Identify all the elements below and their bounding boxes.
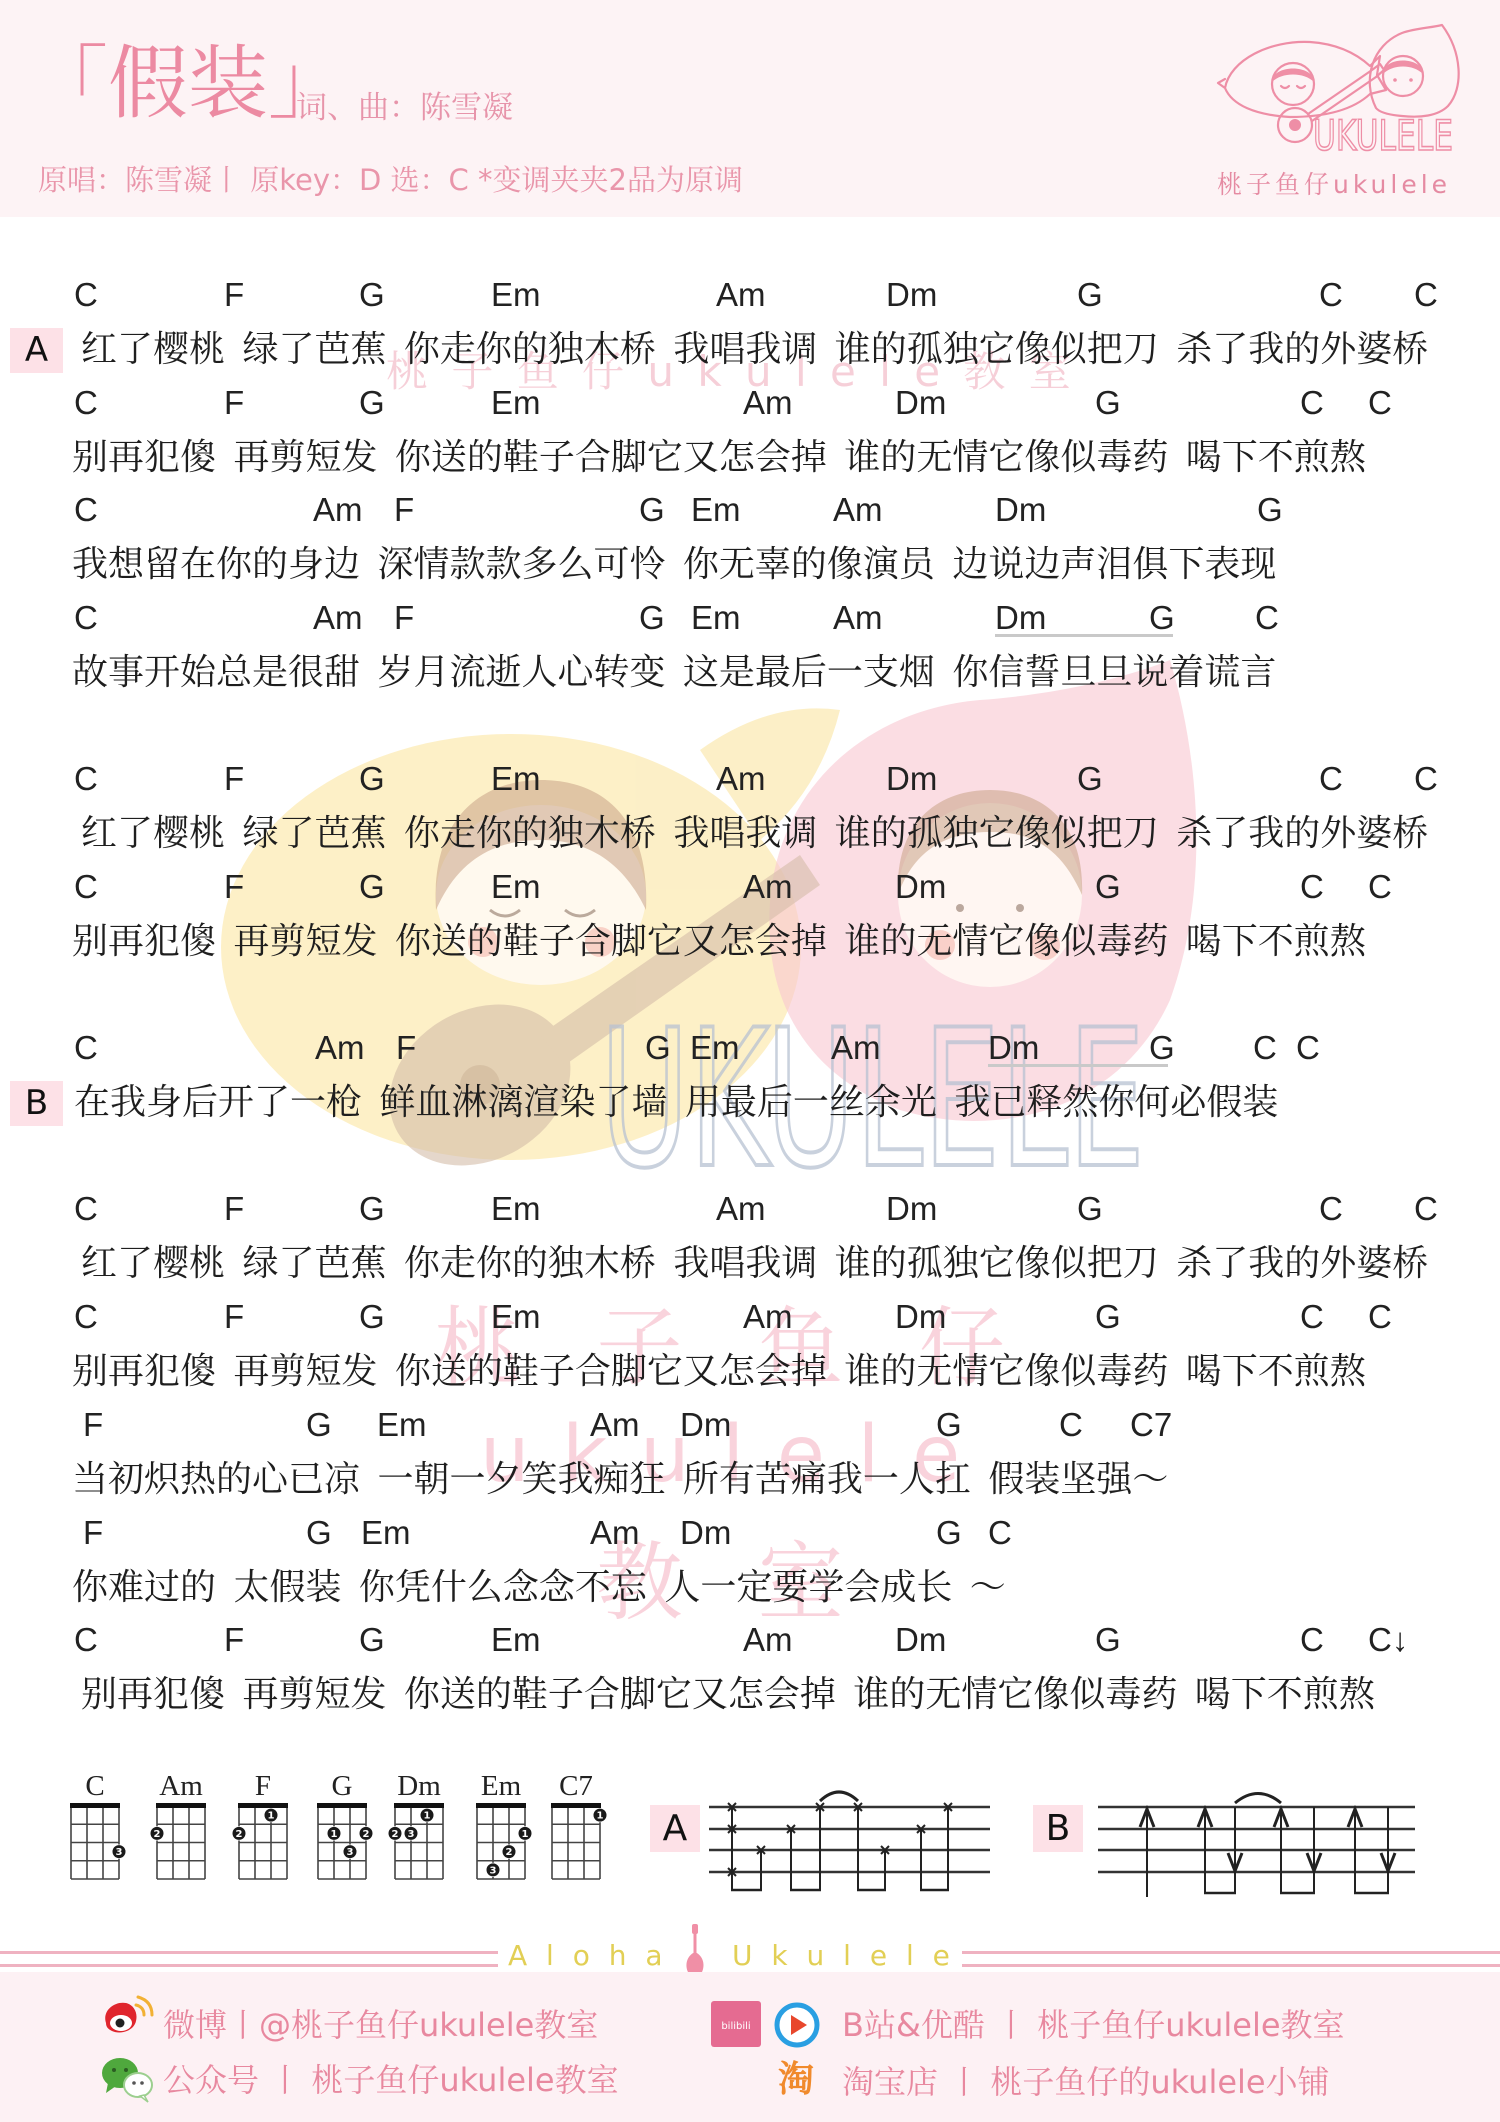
fretboard-grid: 123: [310, 1802, 374, 1886]
lyric-line: 我想留在你的身边 深情款款多么可怜 你无辜的像演员 边说边声泪俱下表现: [72, 543, 1276, 587]
chord-symbol: Dm: [995, 490, 1046, 530]
chord-symbol: Dm: [895, 1297, 946, 1337]
chord-symbol: Am: [716, 275, 766, 315]
chord-symbol: G: [359, 1620, 385, 1660]
finger-number: 1: [268, 1811, 275, 1822]
chord-symbol: C: [1300, 867, 1324, 907]
finger-number: 2: [392, 1829, 399, 1840]
chord-symbol: C: [74, 490, 98, 530]
nut: [476, 1803, 526, 1808]
lyric-line: 你难过的 太假装 你凭什么念念不忘 人一定要学会成长 ～: [72, 1566, 1006, 1610]
nut: [317, 1803, 367, 1808]
divider-line: [0, 1964, 498, 1967]
chord-symbol: C: [1368, 383, 1392, 423]
chord-symbol: F: [224, 759, 244, 799]
chord-symbol: Am: [833, 490, 883, 530]
chord-symbol: C↓: [1368, 1620, 1408, 1660]
brand-logo: UKULELE 桃子鱼仔ukulele: [1180, 0, 1500, 220]
strum-pattern-label: B: [1033, 1805, 1083, 1852]
divider-line: [0, 1951, 498, 1954]
aloha-banner-right: U k u l e l e: [732, 1936, 955, 1976]
chord-symbol: G: [1077, 759, 1103, 799]
chord-diagram-name: C7: [531, 1768, 621, 1804]
chord-symbol: Em: [690, 1028, 740, 1068]
chord-symbol: C: [1253, 1028, 1277, 1068]
bilibili-icon: bilibili: [711, 2001, 761, 2047]
finger-number: 3: [347, 1847, 354, 1858]
chord-symbol: Am: [831, 1028, 881, 1068]
chord-symbol: G: [359, 867, 385, 907]
chord-symbol: F: [83, 1405, 103, 1445]
chord-symbol: Em: [691, 490, 741, 530]
finger-number: 2: [363, 1829, 370, 1840]
chord-diagram-em: Em123: [469, 1768, 533, 1888]
lyric-line: 别再犯傻 再剪短发 你送的鞋子合脚它又怎会掉 谁的无情它像似毒药 喝下不煎熬: [72, 436, 1366, 480]
chord-symbol: Dm: [886, 759, 937, 799]
nut: [156, 1803, 206, 1808]
chord-symbol: C: [1300, 383, 1324, 423]
chord-symbol: F: [83, 1513, 103, 1553]
section-label: A: [10, 328, 63, 373]
chord-symbol: C: [74, 759, 98, 799]
chord-symbol: G: [1077, 275, 1103, 315]
chord-symbol: G: [359, 1297, 385, 1337]
chord-diagram-name: F: [218, 1768, 308, 1804]
chord-symbol: Em: [491, 383, 541, 423]
chord-symbol: G: [359, 383, 385, 423]
chord-symbol: C: [1414, 1189, 1438, 1229]
chord-symbol: C: [74, 1620, 98, 1660]
finger-number: 3: [116, 1847, 123, 1858]
strum-pattern: [1090, 1785, 1420, 1900]
chord-symbol: Dm: [895, 383, 946, 423]
chord-symbol: F: [224, 275, 244, 315]
chord-symbol: Em: [361, 1513, 411, 1553]
chord-row: CAmFGEmAmDmGC: [0, 598, 1500, 638]
chord-symbol: G: [645, 1028, 671, 1068]
closed-eyes-icon: [1281, 86, 1305, 88]
tie-arc: [1235, 1794, 1281, 1804]
chord-symbol: C: [74, 1189, 98, 1229]
chord-symbol: F: [394, 490, 414, 530]
chord-row: CFGEmAmDmGCC↓: [0, 1620, 1500, 1660]
chord-symbol: C: [1319, 759, 1343, 799]
bilibili-youku-link-text: B站&优酷 丨 桃子鱼仔ukulele教室: [842, 2005, 1345, 2045]
chord-symbol: Am: [313, 598, 363, 638]
chord-symbol: C: [74, 1297, 98, 1337]
chord-symbol: Dm: [680, 1405, 731, 1445]
youku-icon: [774, 2002, 820, 2048]
chord-symbol: G: [1149, 1028, 1175, 1068]
chord-symbol: Am: [743, 867, 793, 907]
chord-diagram-c: C3: [63, 1768, 127, 1888]
chord-diagram-name: Am: [136, 1768, 226, 1804]
chord-symbol: C: [74, 275, 98, 315]
chord-symbol: G: [1149, 598, 1175, 638]
logo-wordmark: UKULELE: [1313, 111, 1453, 160]
finger-number: 1: [424, 1811, 431, 1822]
chord-symbol: Dm: [680, 1513, 731, 1553]
finger-number: 3: [408, 1829, 415, 1840]
chord-symbol: G: [936, 1405, 962, 1445]
taobao-icon: 淘: [778, 2058, 814, 2102]
chord-symbol: Em: [691, 598, 741, 638]
chord-symbol: Em: [491, 1189, 541, 1229]
chord-symbol: Dm: [895, 867, 946, 907]
chord-symbol: G: [1095, 383, 1121, 423]
nut: [238, 1803, 288, 1808]
wechat-link-text: 公众号 丨 桃子鱼仔ukulele教室: [163, 2060, 619, 2100]
chord-symbol: Am: [590, 1405, 640, 1445]
chord-symbol: Am: [315, 1028, 365, 1068]
fretboard-grid: 12: [231, 1802, 295, 1886]
chord-symbol: Em: [491, 275, 541, 315]
boy-eye-icon: [1409, 78, 1413, 82]
chord-symbol: Am: [833, 598, 883, 638]
chord-row: CFGEmAmDmGCC: [0, 867, 1500, 907]
fretboard-grid: 123: [387, 1802, 451, 1886]
nut: [551, 1803, 601, 1808]
tie-arc: [820, 1792, 858, 1801]
lyric-line: 红了樱桃 绿了芭蕉 你走你的独木桥 我唱我调 谁的孤独它像似把刀 杀了我的外婆桥: [81, 328, 1428, 372]
logo-caption: 桃子鱼仔ukulele: [1217, 170, 1451, 199]
chord-symbol: F: [396, 1028, 416, 1068]
chord-symbol: C: [1368, 1297, 1392, 1337]
boy-eye-icon: [1393, 78, 1397, 82]
chord-symbol: Am: [590, 1513, 640, 1553]
chord-symbol: Dm: [895, 1620, 946, 1660]
divider-line: [962, 1951, 1500, 1954]
chord-group-underline: [988, 1064, 1168, 1067]
chord-diagram-name: C: [50, 1768, 140, 1804]
chord-symbol: F: [394, 598, 414, 638]
chord-diagram-f: F12: [231, 1768, 295, 1888]
chord-symbol: Em: [491, 867, 541, 907]
chord-symbol: G: [359, 1189, 385, 1229]
song-credits: 词、曲：陈雪凝: [296, 88, 513, 128]
lyric-line: 当初炽热的心已凉 一朝一夕笑我痴狂 所有苦痛我一人扛 假装坚强～: [72, 1458, 1168, 1502]
chord-diagram-g: G123: [310, 1768, 374, 1888]
chord-symbol: Am: [743, 1297, 793, 1337]
chord-diagram-am: Am2: [149, 1768, 213, 1888]
fretboard-grid: 3: [63, 1802, 127, 1886]
chord-row: FGEmAmDmGCC7: [0, 1405, 1500, 1445]
chord-symbol: C: [1319, 275, 1343, 315]
chord-row: CFGEmAmDmGCC: [0, 383, 1500, 423]
chord-row: CFGEmAmDmGCC: [0, 1189, 1500, 1229]
chord-symbol: G: [639, 490, 665, 530]
chord-symbol: C: [1296, 1028, 1320, 1068]
chord-symbol: C: [1300, 1620, 1324, 1660]
sound-hole-icon: [1289, 119, 1301, 131]
chord-symbol: G: [936, 1513, 962, 1553]
fretboard-grid: 1: [544, 1802, 608, 1886]
lyric-line: 故事开始总是很甜 岁月流逝人心转变 这是最后一支烟 你信誓旦旦说着谎言: [72, 651, 1276, 695]
chord-symbol: Dm: [886, 1189, 937, 1229]
chord-symbol: Em: [491, 1297, 541, 1337]
chord-symbol: Am: [313, 490, 363, 530]
chord-diagram-c7: C71: [544, 1768, 608, 1888]
chord-symbol: C: [1414, 759, 1438, 799]
chord-symbol: Em: [377, 1405, 427, 1445]
chord-symbol: F: [224, 1189, 244, 1229]
chord-symbol: G: [1257, 490, 1283, 530]
chord-symbol: Am: [743, 1620, 793, 1660]
lyric-line: 红了樱桃 绿了芭蕉 你走你的独木桥 我唱我调 谁的孤独它像似把刀 杀了我的外婆桥: [81, 1242, 1428, 1286]
section-label: B: [10, 1081, 63, 1126]
chord-sheet-page: 「假装」 词、曲：陈雪凝 原唱：陈雪凝丨 原key：D 选：C *变调夹夹2品为…: [0, 0, 1500, 2122]
finger-number: 2: [236, 1829, 243, 1840]
chord-symbol: C: [74, 383, 98, 423]
chord-row: CFGEmAmDmGCC: [0, 759, 1500, 799]
chord-symbol: G: [306, 1405, 332, 1445]
chord-symbol: C: [1300, 1297, 1324, 1337]
chord-symbol: F: [224, 1620, 244, 1660]
lyric-line: 红了樱桃 绿了芭蕉 你走你的独木桥 我唱我调 谁的孤独它像似把刀 杀了我的外婆桥: [81, 812, 1428, 856]
chord-symbol: Em: [491, 1620, 541, 1660]
chord-row: FGEmAmDmGC: [0, 1513, 1500, 1553]
weibo-icon: [100, 1993, 154, 2037]
chord-symbol: G: [306, 1513, 332, 1553]
chord-symbol: Am: [743, 383, 793, 423]
bilibili-badge-text: bilibili: [721, 2021, 750, 2032]
fretboard-grid: 2: [149, 1802, 213, 1886]
chord-symbol: C: [988, 1513, 1012, 1553]
chord-diagram-name: Dm: [374, 1768, 464, 1804]
chord-symbol: C: [74, 867, 98, 907]
chord-symbol: Dm: [886, 275, 937, 315]
fingerpicking-pattern: [700, 1785, 1000, 1897]
nut: [70, 1803, 120, 1808]
finger-number: 2: [154, 1829, 161, 1840]
chord-diagram-dm: Dm123: [387, 1768, 451, 1888]
chord-row: CAmFGEmAmDmGCC: [0, 1028, 1500, 1068]
strum-pattern-label: A: [650, 1805, 700, 1852]
chord-row: CAmFGEmAmDmG: [0, 490, 1500, 530]
finger-number: 1: [331, 1829, 338, 1840]
chord-symbol: Dm: [988, 1028, 1039, 1068]
chord-symbol: G: [359, 275, 385, 315]
chord-symbol: Am: [716, 1189, 766, 1229]
divider-line: [962, 1964, 1500, 1967]
finger-number: 3: [490, 1865, 497, 1876]
finger-number: 2: [506, 1847, 513, 1858]
chord-symbol: G: [1095, 1620, 1121, 1660]
finger-number: 1: [597, 1811, 604, 1822]
chord-symbol: C: [74, 1028, 98, 1068]
nut: [394, 1803, 444, 1808]
lyric-line: 在我身后开了一枪 鲜血淋漓渲染了墙 用最后一丝余光 我已释然你何必假装: [74, 1081, 1278, 1125]
fretboard-grid: 123: [469, 1802, 533, 1886]
finger-number: 1: [522, 1829, 529, 1840]
chord-symbol: G: [1077, 1189, 1103, 1229]
chord-symbol: C: [1319, 1189, 1343, 1229]
chord-symbol: Em: [491, 759, 541, 799]
song-key-info: 原唱：陈雪凝丨 原key：D 选：C *变调夹夹2品为原调: [38, 160, 743, 200]
chord-symbol: C: [1414, 275, 1438, 315]
chord-symbol: G: [639, 598, 665, 638]
lyric-line: 别再犯傻 再剪短发 你送的鞋子合脚它又怎会掉 谁的无情它像似毒药 喝下不煎熬: [72, 1350, 1366, 1394]
chord-symbol: F: [224, 383, 244, 423]
chord-symbol: C: [1368, 867, 1392, 907]
chord-symbol: G: [359, 759, 385, 799]
chord-symbol: F: [224, 867, 244, 907]
chord-symbol: C: [74, 598, 98, 638]
lyric-line: 别再犯傻 再剪短发 你送的鞋子合脚它又怎会掉 谁的无情它像似毒药 喝下不煎熬: [72, 920, 1366, 964]
chord-symbol: C: [1255, 598, 1279, 638]
chord-symbol: G: [1095, 867, 1121, 907]
wechat-icon: [100, 2055, 156, 2103]
chord-symbol: Am: [716, 759, 766, 799]
chord-symbol: C: [1059, 1405, 1083, 1445]
chord-row: CFGEmAmDmGCC: [0, 275, 1500, 315]
chord-symbol: Dm: [995, 598, 1046, 638]
chord-symbol: F: [224, 1297, 244, 1337]
chord-row: CFGEmAmDmGCC: [0, 1297, 1500, 1337]
chord-symbol: C7: [1130, 1405, 1172, 1445]
fish-outline-icon: [1218, 42, 1386, 117]
taobao-link-text: 淘宝店 丨 桃子鱼仔的ukulele小铺: [842, 2062, 1330, 2102]
aloha-banner-left: A l o h a: [508, 1936, 668, 1976]
chord-group-underline: [995, 634, 1173, 637]
lyric-line: 别再犯傻 再剪短发 你送的鞋子合脚它又怎会掉 谁的无情它像似毒药 喝下不煎熬: [81, 1673, 1375, 1717]
chord-symbol: G: [1095, 1297, 1121, 1337]
weibo-link-text: 微博丨@桃子鱼仔ukulele教室: [163, 2005, 598, 2045]
